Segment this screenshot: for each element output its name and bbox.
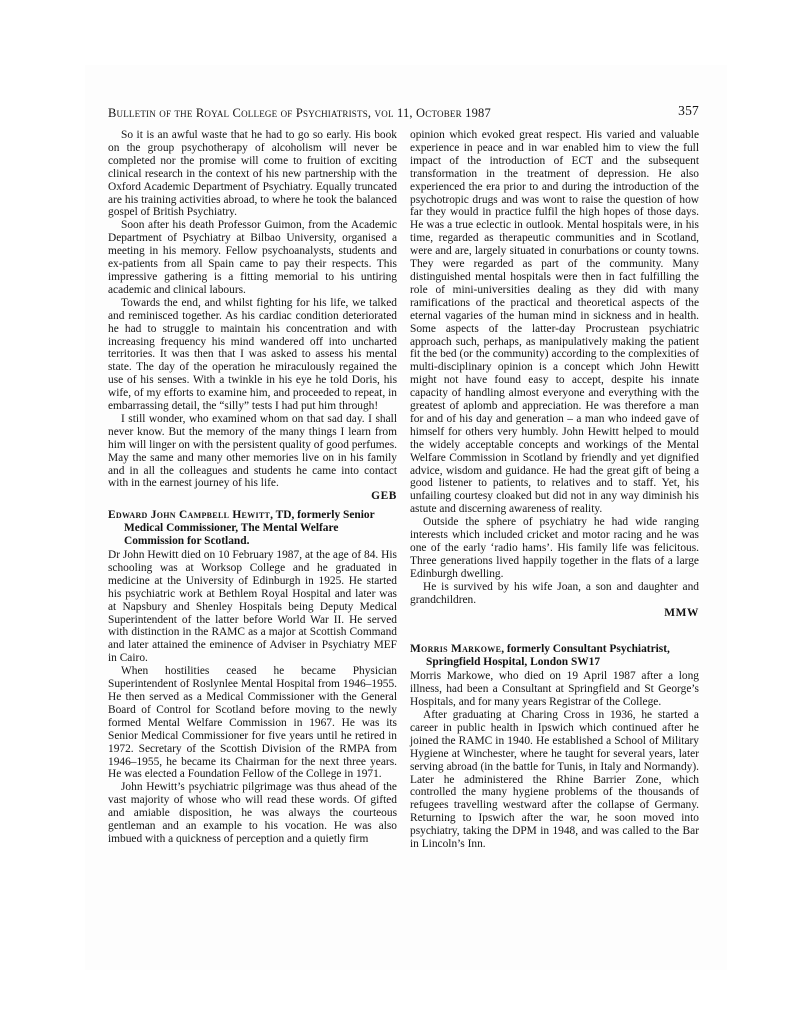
obituary-paragraph: Soon after his death Professor Guimon, f… (108, 219, 397, 296)
author-initials-geb: GEB (108, 490, 397, 503)
obituary-paragraph: I still wonder, who examined whom on tha… (108, 413, 397, 490)
page-header: Bulletin of the Royal College of Psychia… (108, 103, 699, 125)
obituary-heading-markowe: Morris Markowe, formerly Consultant Psyc… (410, 643, 699, 669)
two-column-body: So it is an awful waste that he had to g… (108, 129, 699, 851)
obituary-paragraph: opinion which evoked great respect. His … (410, 129, 699, 516)
page-content: Bulletin of the Royal College of Psychia… (108, 103, 699, 125)
page-number: 357 (678, 103, 699, 119)
right-column: opinion which evoked great respect. His … (410, 129, 699, 851)
obituary-paragraph: Dr John Hewitt died on 10 February 1987,… (108, 549, 397, 665)
obituary-paragraph: Morris Markowe, who died on 19 April 198… (410, 670, 699, 709)
left-column: So it is an awful waste that he had to g… (108, 129, 397, 851)
obituary-hewitt-continued: opinion which evoked great respect. His … (410, 129, 699, 619)
obituary-markowe: Morris Markowe, formerly Consultant Psyc… (410, 643, 699, 851)
obituary-geb: So it is an awful waste that he had to g… (108, 129, 397, 503)
obituary-paragraph: Outside the sphere of psychiatry he had … (410, 516, 699, 581)
obituary-paragraph: When hostilities ceased he became Physic… (108, 665, 397, 781)
obituary-hewitt: Edward John Campbell Hewitt, TD, formerl… (108, 509, 397, 846)
obituary-heading-hewitt: Edward John Campbell Hewitt, TD, formerl… (108, 509, 397, 548)
obituary-paragraph: After graduating at Charing Cross in 193… (410, 709, 699, 851)
deceased-name: Morris Markowe (410, 643, 501, 655)
deceased-name: Edward John Campbell Hewitt (108, 509, 270, 521)
journal-title: Bulletin of the Royal College of Psychia… (108, 106, 491, 121)
obituary-paragraph: He is survived by his wife Joan, a son a… (410, 581, 699, 607)
obituary-paragraph: John Hewitt’s psychiatric pilgrimage was… (108, 781, 397, 846)
obituary-paragraph: Towards the end, and whilst fighting for… (108, 297, 397, 413)
author-initials-mmw: MMW (410, 607, 699, 620)
obituary-paragraph: So it is an awful waste that he had to g… (108, 129, 397, 219)
